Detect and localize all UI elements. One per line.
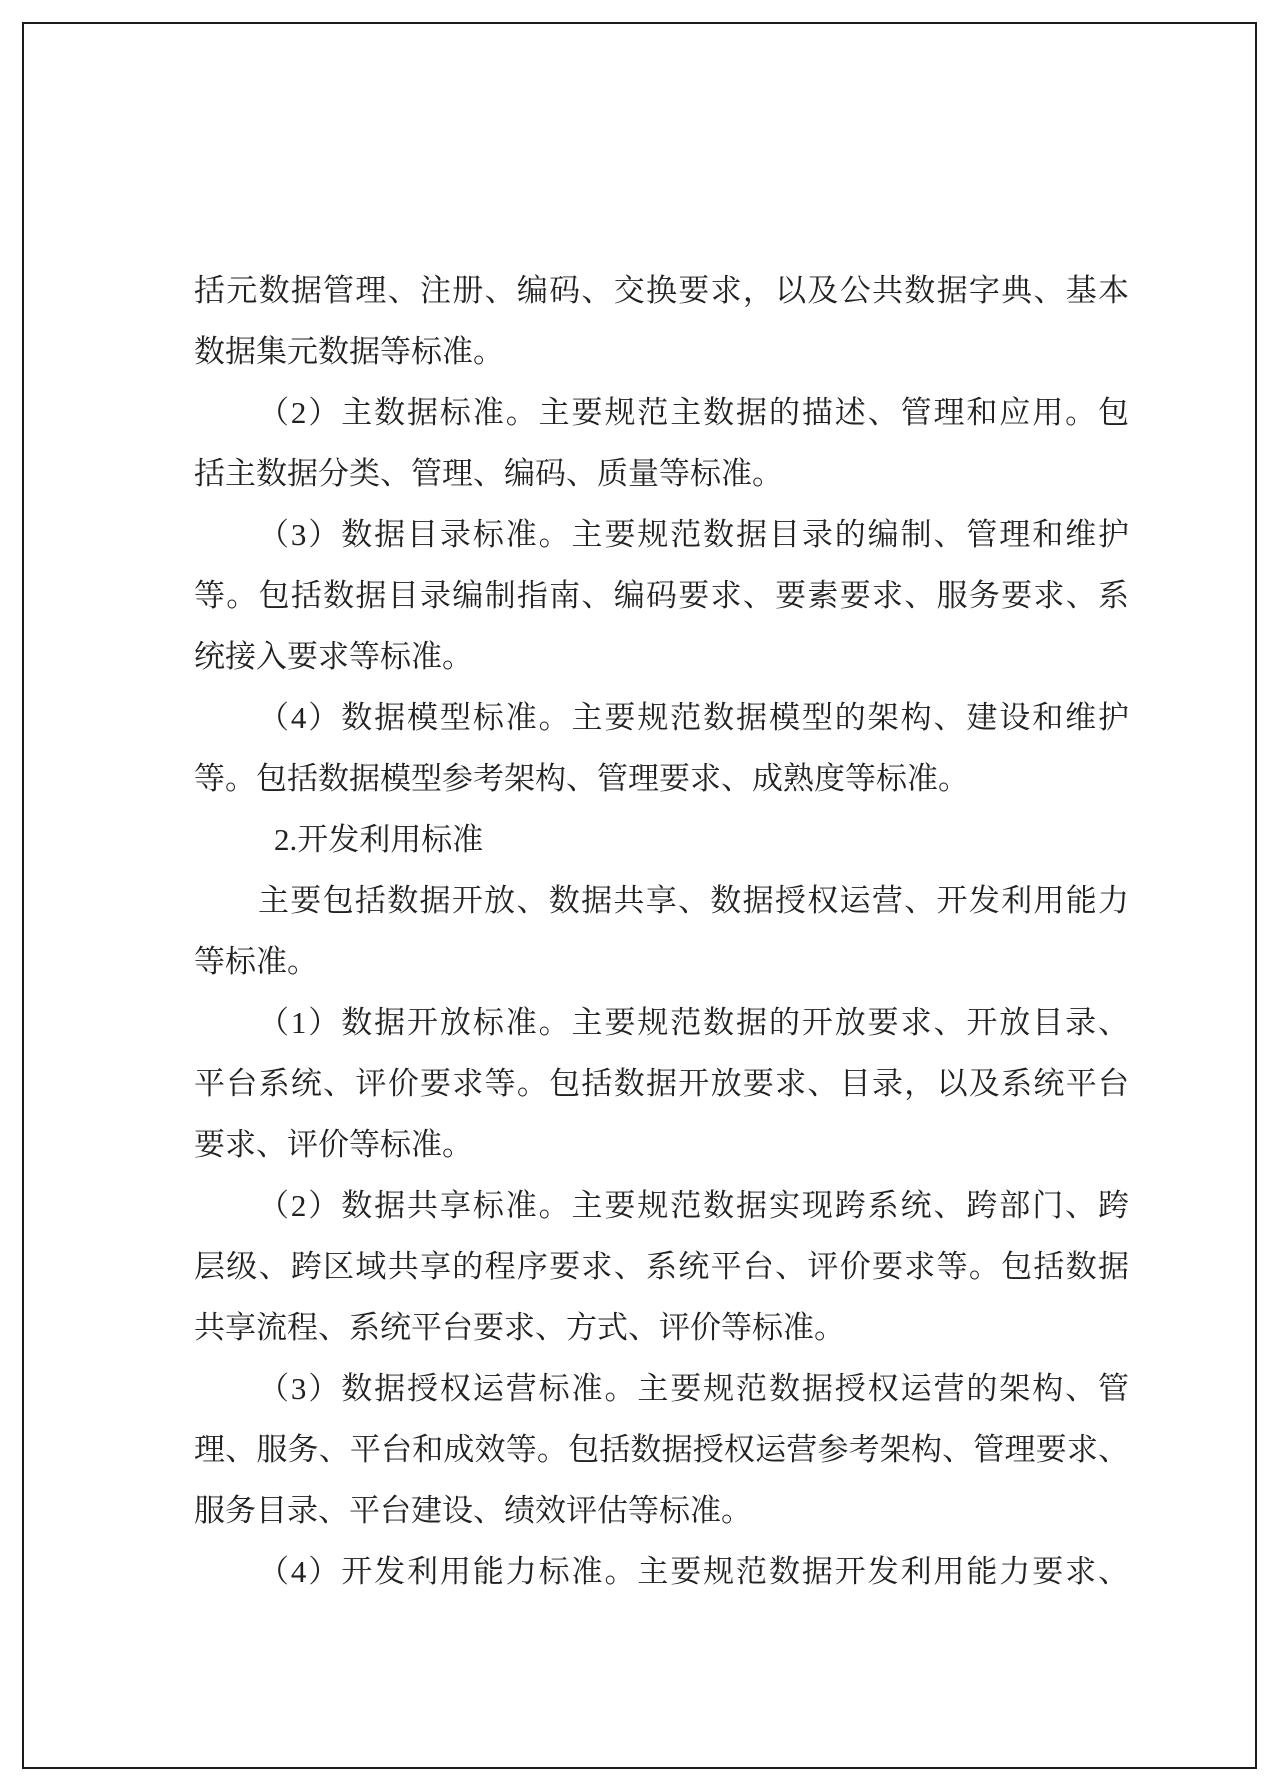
text-line: （1）数据开放标准。主要规范数据的开放要求、开放目录、 bbox=[194, 992, 1129, 1053]
text-line: 主要包括数据开放、数据共享、数据授权运营、开发利用能力 bbox=[194, 870, 1129, 931]
text-line: 服务目录、平台建设、绩效评估等标准。 bbox=[194, 1480, 1129, 1541]
text-line: 等。包括数据模型参考架构、管理要求、成熟度等标准。 bbox=[194, 748, 1129, 809]
text-line: （3）数据目录标准。主要规范数据目录的编制、管理和维护 bbox=[194, 504, 1129, 565]
text-line: （2）数据共享标准。主要规范数据实现跨系统、跨部门、跨 bbox=[194, 1175, 1129, 1236]
document-content: 括元数据管理、注册、编码、交换要求，以及公共数据字典、基本数据集元数据等标准。（… bbox=[194, 260, 1129, 1602]
text-line: 平台系统、评价要求等。包括数据开放要求、目录，以及系统平台 bbox=[194, 1053, 1129, 1114]
text-line: 等标准。 bbox=[194, 931, 1129, 992]
page-border-frame: 括元数据管理、注册、编码、交换要求，以及公共数据字典、基本数据集元数据等标准。（… bbox=[22, 22, 1257, 1769]
text-line: （2）主数据标准。主要规范主数据的描述、管理和应用。包 bbox=[194, 382, 1129, 443]
text-line: 括元数据管理、注册、编码、交换要求，以及公共数据字典、基本 bbox=[194, 260, 1129, 321]
text-line: 统接入要求等标准。 bbox=[194, 626, 1129, 687]
text-line: （4）数据模型标准。主要规范数据模型的架构、建设和维护 bbox=[194, 687, 1129, 748]
text-line: （4）开发利用能力标准。主要规范数据开发利用能力要求、 bbox=[194, 1541, 1129, 1602]
text-line: （3）数据授权运营标准。主要规范数据授权运营的架构、管 bbox=[194, 1358, 1129, 1419]
text-line: 层级、跨区域共享的程序要求、系统平台、评价要求等。包括数据 bbox=[194, 1236, 1129, 1297]
text-line: 括主数据分类、管理、编码、质量等标准。 bbox=[194, 443, 1129, 504]
text-line: 数据集元数据等标准。 bbox=[194, 321, 1129, 382]
text-line: 理、服务、平台和成效等。包括数据授权运营参考架构、管理要求、 bbox=[194, 1419, 1129, 1480]
text-line: 共享流程、系统平台要求、方式、评价等标准。 bbox=[194, 1297, 1129, 1358]
text-line: 等。包括数据目录编制指南、编码要求、要素要求、服务要求、系 bbox=[194, 565, 1129, 626]
section-heading: 2.开发利用标准 bbox=[194, 809, 1129, 870]
text-line: 要求、评价等标准。 bbox=[194, 1114, 1129, 1175]
